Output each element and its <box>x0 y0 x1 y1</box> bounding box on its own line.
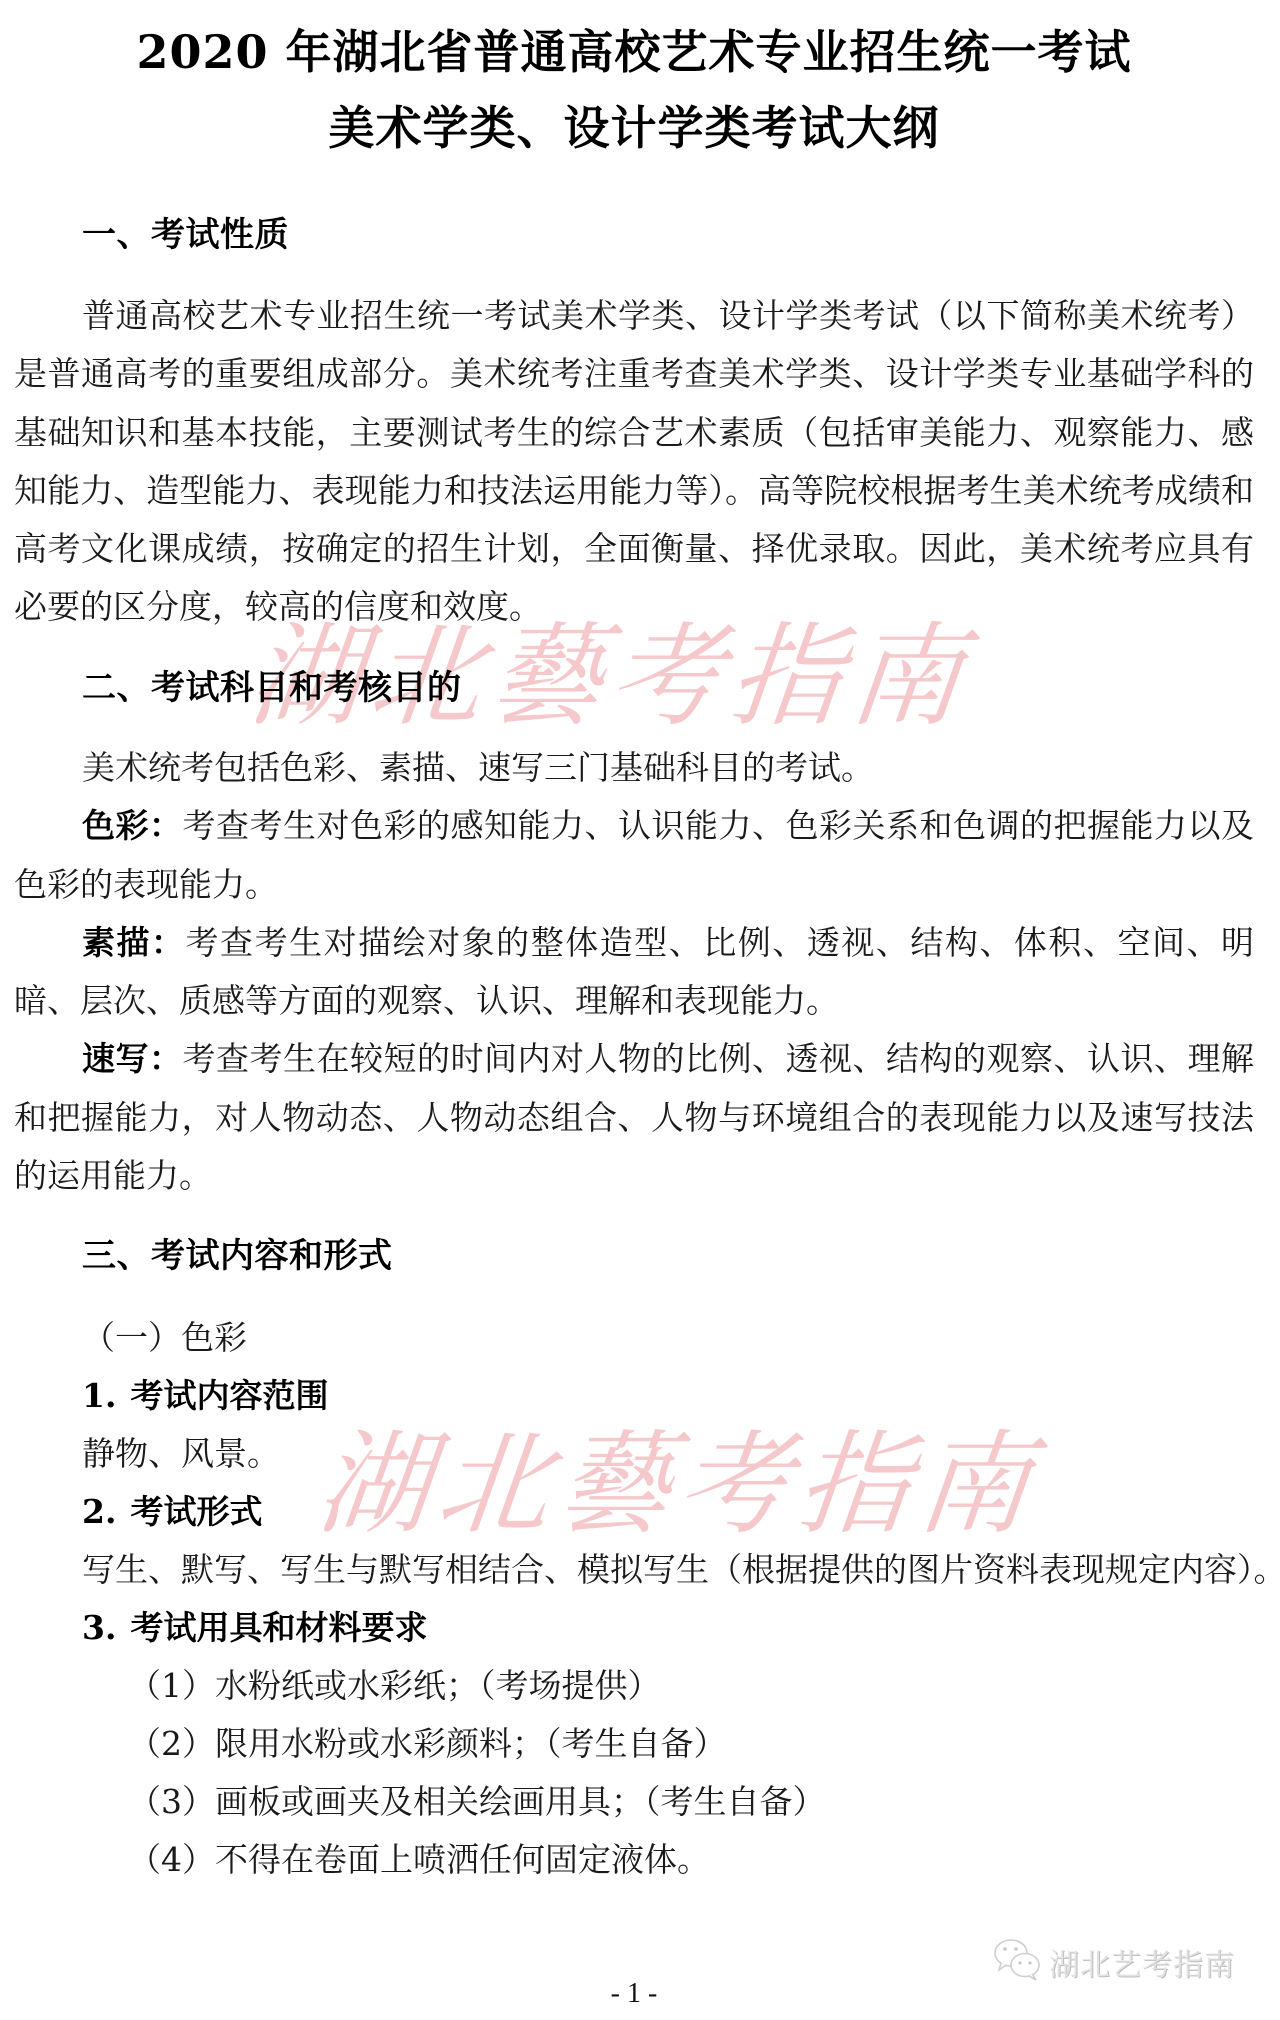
material-item-3: （3）画板或画夹及相关绘画用具；（考生自备） <box>82 1773 1254 1831</box>
subject-color-label: 色彩： <box>82 806 183 845</box>
subject-sketch-text: 考查考生对描绘对象的整体造型、比例、透视、结构、体积、空间、明暗、层次、质感等方… <box>14 923 1254 1020</box>
item-2-label: 考试形式 <box>130 1492 262 1531</box>
material-item-2: （2）限用水粉或水彩颜料；（考生自备） <box>82 1715 1254 1773</box>
item-2-number: 2. <box>82 1492 116 1531</box>
item-2-text: 写生、默写、写生与默写相结合、模拟写生（根据提供的图片资料表现规定内容）。 <box>82 1541 1254 1599</box>
section-3-heading: 三、考试内容和形式 <box>82 1227 393 1285</box>
section-2-body: 美术统考包括色彩、素描、速写三门基础科目的考试。 色彩：考查考生对色彩的感知能力… <box>14 739 1254 1205</box>
subject-color: 色彩：考查考生对色彩的感知能力、认识能力、色彩关系和色调的把握能力以及色彩的表现… <box>14 797 1254 914</box>
item-1-text: 静物、风景。 <box>82 1425 1254 1483</box>
subject-color-text: 考查考生对色彩的感知能力、认识能力、色彩关系和色调的把握能力以及色彩的表现能力。 <box>14 806 1254 903</box>
material-item-1: （1）水粉纸或水彩纸；（考场提供） <box>82 1657 1254 1715</box>
section-1-body: 普通高校艺术专业招生统一考试美术学类、设计学类考试（以下简称美术统考）是普通高考… <box>14 287 1254 637</box>
subsection-color-title: （一）色彩 <box>82 1309 1254 1367</box>
subject-quick-sketch: 速写：考查考生在较短的时间内对人物的比例、透视、结构的观察、认识、理解和把握能力… <box>14 1030 1254 1205</box>
subject-sketch: 素描：考查考生对描绘对象的整体造型、比例、透视、结构、体积、空间、明暗、层次、质… <box>14 914 1254 1031</box>
item-1-title: 1.考试内容范围 <box>82 1367 1254 1425</box>
section-2-heading: 二、考试科目和考核目的 <box>82 659 462 717</box>
material-item-4: （4）不得在卷面上喷洒任何固定液体。 <box>82 1831 1254 1889</box>
item-1-label: 考试内容范围 <box>130 1376 328 1415</box>
subject-quick-sketch-label: 速写： <box>82 1039 183 1078</box>
section-1-paragraph: 普通高校艺术专业招生统一考试美术学类、设计学类考试（以下简称美术统考）是普通高考… <box>14 287 1254 637</box>
item-3-number: 3. <box>82 1608 116 1647</box>
item-2-title: 2.考试形式 <box>82 1483 1254 1541</box>
item-1-number: 1. <box>82 1376 116 1415</box>
section-1-heading: 一、考试性质 <box>82 206 289 264</box>
section-3-body: （一）色彩 1.考试内容范围 静物、风景。 2.考试形式 写生、默写、写生与默写… <box>82 1309 1254 1889</box>
section-2-intro: 美术统考包括色彩、素描、速写三门基础科目的考试。 <box>14 739 1254 797</box>
item-3-label: 考试用具和材料要求 <box>130 1608 427 1647</box>
page-number: - 1 - <box>0 1976 1268 2012</box>
subject-quick-sketch-text: 考查考生在较短的时间内对人物的比例、透视、结构的观察、认识、理解和把握能力，对人… <box>14 1039 1254 1195</box>
document-title-line-1: 2020 年湖北省普通高校艺术专业招生统一考试 <box>0 22 1268 82</box>
subject-sketch-label: 素描： <box>82 923 186 962</box>
item-3-title: 3.考试用具和材料要求 <box>82 1599 1254 1657</box>
document-title-line-2: 美术学类、设计学类考试大纲 <box>0 98 1268 158</box>
